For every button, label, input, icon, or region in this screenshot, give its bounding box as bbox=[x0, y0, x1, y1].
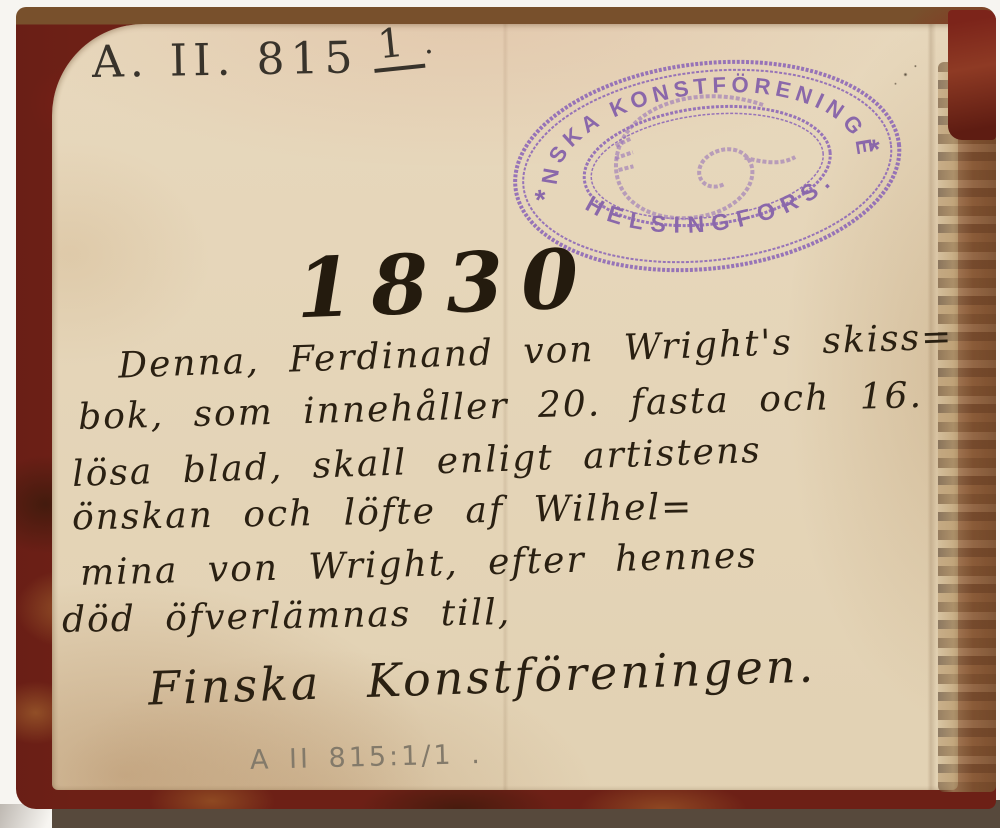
photo-of-sketchbook-cover: A. II. 8151. FINSKA KONSTFÖRENINGEN HELS… bbox=[0, 0, 1000, 828]
catalog-fraction-numerator: 1 bbox=[370, 18, 426, 73]
year-inscription: 1830 bbox=[294, 231, 597, 337]
catalog-number-top: A. II. 8151. bbox=[92, 31, 440, 91]
catalog-number-prefix: A. II. 815 bbox=[92, 32, 359, 88]
stamp-right-star: * bbox=[868, 133, 882, 165]
catalog-fraction: 1. bbox=[370, 12, 442, 73]
catalog-number-bottom: A II 815:1/1 . bbox=[250, 739, 484, 776]
stamp-left-star: * bbox=[533, 184, 547, 216]
leather-corner-patch bbox=[948, 10, 996, 140]
catalog-fraction-dot: . bbox=[422, 25, 441, 61]
manuscript-line: död öfverlämnas till, bbox=[62, 592, 512, 641]
worn-hinge-strip bbox=[938, 62, 996, 792]
